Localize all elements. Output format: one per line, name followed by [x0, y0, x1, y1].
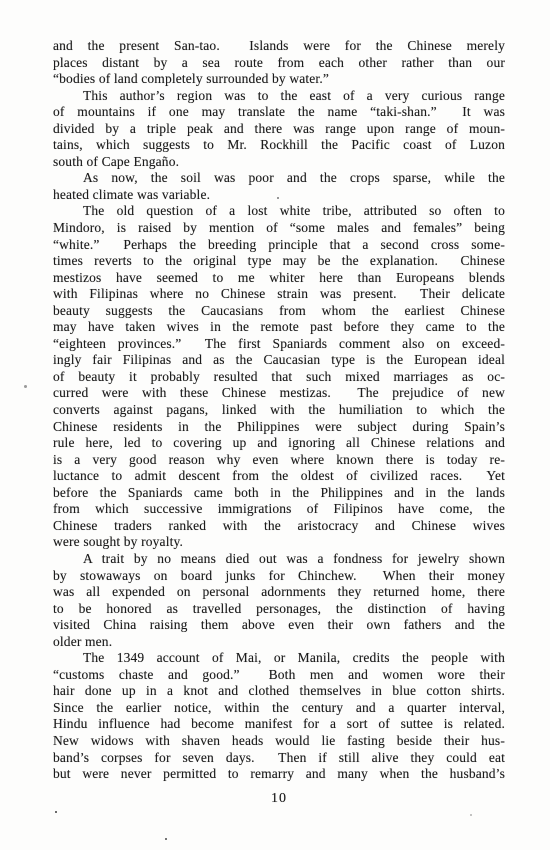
text-line: before the Spaniards came both in the Ph… [53, 485, 505, 502]
text-line: of mountains if one may translate the na… [53, 104, 505, 121]
text-line: by stowaways on board junks for Chinchew… [53, 568, 505, 585]
text-line: with Filipinas where no Chinese strain w… [53, 286, 505, 303]
text-line: were sought by royalty. [53, 534, 505, 551]
book-page: and the present San-tao. Islands were fo… [0, 0, 550, 850]
text-line: band’s corpses for seven days. Then if s… [53, 750, 505, 767]
text-line: was all expended on personal adornments … [53, 584, 505, 601]
text-line: This author’s region was to the east of … [53, 88, 505, 105]
text-line: but were never permitted to remarry and … [53, 766, 505, 783]
text-line: to be honored as travelled personages, t… [53, 601, 505, 618]
text-line: older men. [53, 634, 505, 651]
text-line: of beauty it probably resulted that such… [53, 369, 505, 386]
text-line: heated climate was variable. [53, 187, 505, 204]
text-line: “bodies of land completely surrounded by… [53, 71, 505, 88]
text-line: “white.” Perhaps the breeding principle … [53, 237, 505, 254]
text-line: may have taken wives in the remote past … [53, 319, 505, 336]
text-line: tains, which suggests to Mr. Rockhill th… [53, 137, 505, 154]
text-line: divided by a triple peak and there was r… [53, 121, 505, 138]
text-line: hair done up in a knot and clothed thems… [53, 683, 505, 700]
text-line: A trait by no means died out was a fondn… [53, 551, 505, 568]
text-line: The 1349 account of Mai, or Manila, cred… [53, 650, 505, 667]
text-line: As now, the soil was poor and the crops … [53, 170, 505, 187]
text-line: and the present San-tao. Islands were fo… [53, 38, 505, 55]
text-line: Mindoro, is raised by mention of “some m… [53, 220, 505, 237]
text-line: New widows with shaven heads would lie f… [53, 733, 505, 750]
text-line: curred were with these Chinese mestizas.… [53, 385, 505, 402]
text-line: ingly fair Filipinas and as the Caucasia… [53, 352, 505, 369]
text-line: The old question of a lost white tribe, … [53, 203, 505, 220]
scan-speck [470, 814, 472, 816]
text-line: rule here, led to covering up and ignori… [53, 435, 505, 452]
page-text: and the present San-tao. Islands were fo… [53, 38, 505, 783]
scan-speck [277, 197, 279, 199]
text-line: Chinese traders ranked with the aristocr… [53, 518, 505, 535]
page-number: 10 [53, 791, 505, 807]
text-line: Hindu influence had become manifest for … [53, 716, 505, 733]
text-line: visited China raising them above even th… [53, 617, 505, 634]
text-line: is a very good reason why even where kno… [53, 452, 505, 469]
scan-speck [55, 811, 57, 813]
text-line: from which successive immigrations of Fi… [53, 501, 505, 518]
text-line: beauty suggests the Caucasians from whom… [53, 303, 505, 320]
text-line: Chinese residents in the Philippines wer… [53, 419, 505, 436]
text-line: mestizos have seemed to me whiter here t… [53, 270, 505, 287]
scan-speck [165, 838, 167, 840]
text-line: converts against pagans, linked with the… [53, 402, 505, 419]
text-line: places distant by a sea route from each … [53, 55, 505, 72]
text-line: south of Cape Engaño. [53, 154, 505, 171]
text-line: Since the earlier notice, within the cen… [53, 700, 505, 717]
text-line: “customs chaste and good.” Both men and … [53, 667, 505, 684]
text-line: times reverts to the original type may b… [53, 253, 505, 270]
scan-speck [24, 385, 27, 388]
text-line: “eighteen provinces.” The first Spaniard… [53, 336, 505, 353]
text-line: luctance to admit descent from the oldes… [53, 468, 505, 485]
